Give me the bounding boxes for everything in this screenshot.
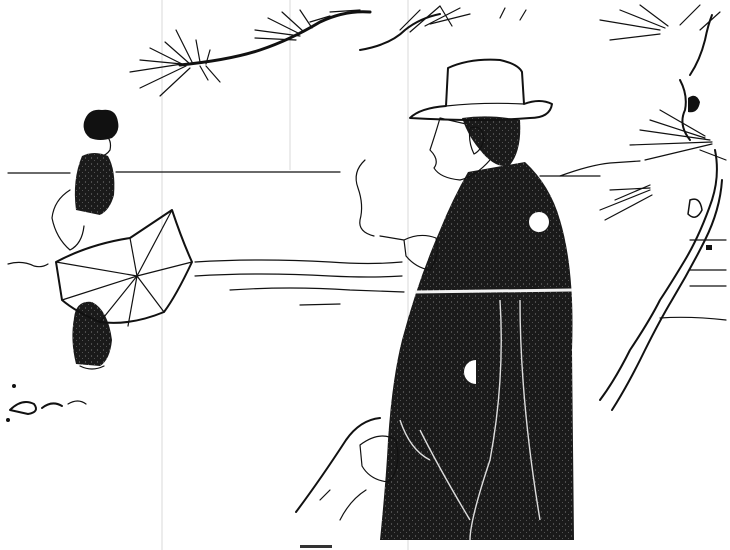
rocky-slope (296, 418, 380, 520)
pine-tree-right (600, 5, 726, 410)
pine-branch-top (130, 6, 526, 96)
artist-signature (300, 545, 332, 548)
woman-in-kimono (52, 110, 192, 369)
shore-rocks (6, 384, 86, 422)
man-in-fedora (360, 60, 574, 540)
cigarette-smoke (356, 160, 374, 236)
illustration-canvas (0, 0, 730, 550)
page-fold-lines (162, 0, 408, 550)
